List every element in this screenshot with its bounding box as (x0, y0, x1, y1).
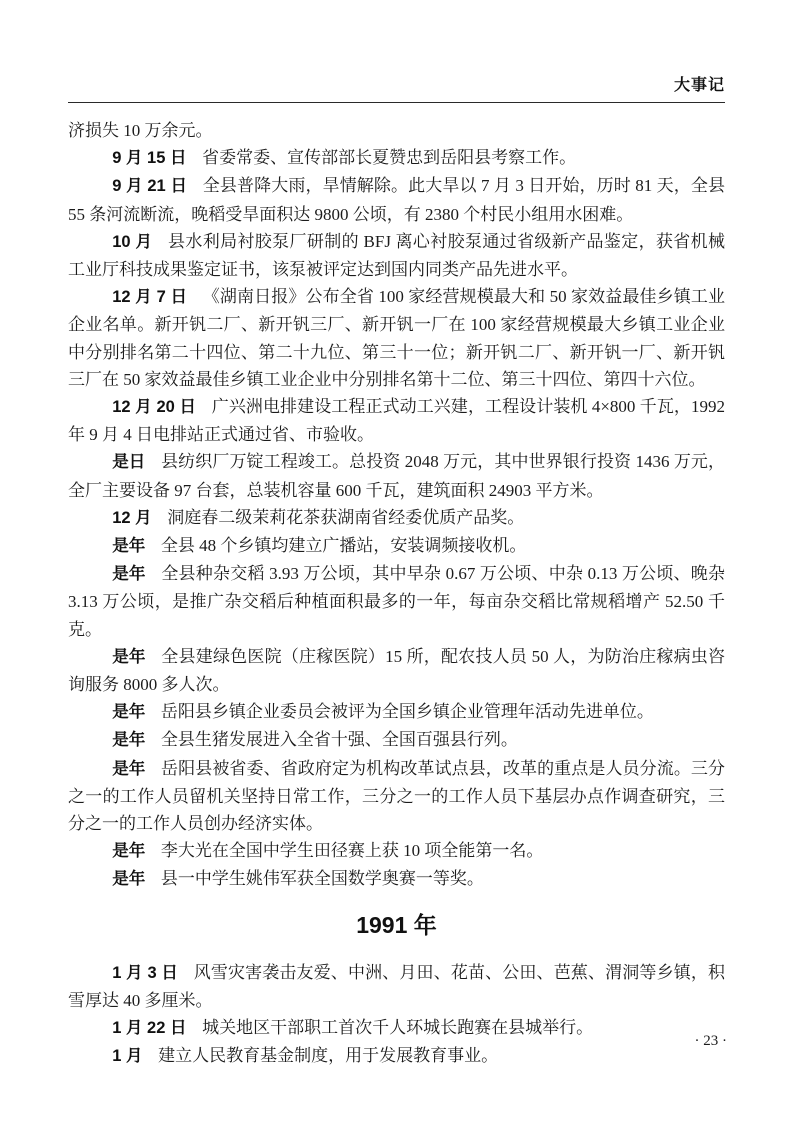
page-number: · 23 · (695, 1033, 728, 1050)
entry: 12 月 20 日广兴洲电排建设工程正式动工兴建，工程设计装机 4×800 千瓦… (68, 393, 725, 448)
entry-date: 是日 (112, 453, 145, 471)
entry-text: 岳阳县乡镇企业委员会被评为全国乡镇企业管理年活动先进单位。 (161, 702, 654, 721)
entry-text: 洞庭春二级茉莉花茶获湖南省经委优质产品奖。 (167, 508, 524, 527)
entry: 12 月 7 日《湖南日报》公布全省 100 家经营规模最大和 50 家效益最佳… (68, 283, 725, 393)
entry: 是年岳阳县乡镇企业委员会被评为全国乡镇企业管理年活动先进单位。 (68, 698, 725, 726)
running-header-title: 大事记 (674, 77, 725, 94)
entry: 是年全县建绿色医院（庄稼医院）15 所，配农技人员 50 人，为防治庄稼病虫咨询… (68, 643, 725, 698)
document-page: 大事记 济损失 10 万余元。 9 月 15 日省委常委、宣传部部长夏赞忠到岳阳… (0, 0, 793, 1122)
entry: 9 月 21 日全县普降大雨，旱情解除。此大旱以 7 月 3 日开始，历时 81… (68, 172, 725, 227)
entry: 10 月县水利局衬胶泵厂研制的 BFJ 离心衬胶泵通过省级新产品鉴定，获省机械工… (68, 228, 725, 283)
entry: 是年李大光在全国中学生田径赛上获 10 项全能第一名。 (68, 837, 725, 865)
entry-date: 9 月 15 日 (112, 149, 186, 167)
entry-date: 12 月 (112, 509, 151, 527)
entry-text: 城关地区干部职工首次千人环城长跑赛在县城举行。 (202, 1018, 593, 1037)
entry: 是年全县 48 个乡镇均建立广播站，安装调频接收机。 (68, 532, 725, 560)
entry: 1 月 3 日风雪灾害袭击友爱、中洲、月田、花苗、公田、芭蕉、渭洞等乡镇，积雪厚… (68, 959, 725, 1014)
entry: 9 月 15 日省委常委、宣传部部长夏赞忠到岳阳县考察工作。 (68, 144, 725, 172)
entry: 是年全县种杂交稻 3.93 万公顷，其中早杂 0.67 万公顷、中杂 0.13 … (68, 560, 725, 643)
entry-text: 省委常委、宣传部部长夏赞忠到岳阳县考察工作。 (202, 148, 576, 167)
entry: 12 月洞庭春二级茉莉花茶获湖南省经委优质产品奖。 (68, 504, 725, 532)
entry-text: 全县生猪发展进入全省十强、全国百强县行列。 (161, 730, 518, 749)
continuation-paragraph: 济损失 10 万余元。 (68, 117, 725, 144)
entry: 1 月 22 日城关地区干部职工首次千人环城长跑赛在县城举行。 (68, 1014, 725, 1042)
entry-date: 1 月 3 日 (112, 964, 178, 982)
entry: 1 月建立人民教育基金制度，用于发展教育事业。 (68, 1042, 725, 1070)
entry-text: 李大光在全国中学生田径赛上获 10 项全能第一名。 (161, 841, 544, 860)
entry-date: 是年 (112, 537, 145, 555)
year-heading: 1991 年 (68, 910, 725, 940)
entry-text: 建立人民教育基金制度，用于发展教育事业。 (158, 1046, 498, 1065)
entry-date: 12 月 20 日 (112, 398, 196, 416)
entry-date: 是年 (112, 842, 145, 860)
entry-date: 是年 (112, 760, 145, 778)
entry-text: 岳阳县被省委、省政府定为机构改革试点县，改革的重点是人员分流。三分之一的工作人员… (68, 759, 725, 833)
entry-date: 是年 (112, 731, 145, 749)
entry-text: 县一中学生姚伟军获全国数学奥赛一等奖。 (161, 869, 484, 888)
entry: 是年岳阳县被省委、省政府定为机构改革试点县，改革的重点是人员分流。三分之一的工作… (68, 755, 725, 838)
entry-date: 1 月 (112, 1047, 142, 1065)
entry-date: 9 月 21 日 (112, 177, 187, 195)
entry-text: 全县 48 个乡镇均建立广播站，安装调频接收机。 (161, 536, 527, 555)
entry-text: 全县建绿色医院（庄稼医院）15 所，配农技人员 50 人，为防治庄稼病虫咨询服务… (68, 647, 725, 694)
entry: 是年全县生猪发展进入全省十强、全国百强县行列。 (68, 726, 725, 754)
entry-text: 全县种杂交稻 3.93 万公顷，其中早杂 0.67 万公顷、中杂 0.13 万公… (68, 564, 725, 638)
entry-date: 是年 (112, 648, 145, 666)
entry-date: 是年 (112, 703, 145, 721)
entry-date: 12 月 7 日 (112, 288, 187, 306)
entry-date: 1 月 22 日 (112, 1019, 186, 1037)
entry-date: 是年 (112, 870, 145, 888)
entry: 是年县一中学生姚伟军获全国数学奥赛一等奖。 (68, 865, 725, 893)
entry-date: 10 月 (112, 233, 152, 251)
entry: 是日县纺织厂万锭工程竣工。总投资 2048 万元，其中世界银行投资 1436 万… (68, 448, 725, 503)
entry-text: 县纺织厂万锭工程竣工。总投资 2048 万元，其中世界银行投资 1436 万元，… (68, 452, 725, 499)
entry-date: 是年 (112, 565, 145, 583)
running-header: 大事记 (68, 0, 725, 103)
entry-text: 县水利局衬胶泵厂研制的 BFJ 离心衬胶泵通过省级新产品鉴定，获省机械工业厅科技… (68, 232, 725, 279)
page-body: 济损失 10 万余元。 9 月 15 日省委常委、宣传部部长夏赞忠到岳阳县考察工… (68, 117, 725, 1071)
entry-text: 济损失 10 万余元。 (68, 121, 213, 140)
